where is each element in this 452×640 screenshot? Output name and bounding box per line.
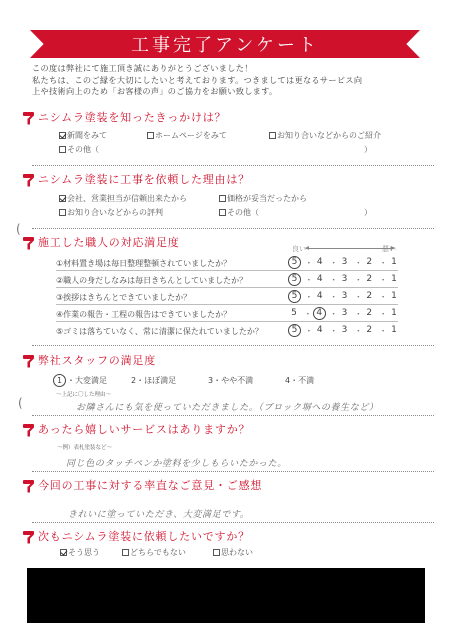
rating-3[interactable]: 3 — [339, 290, 351, 302]
rating-1[interactable]: 1 — [388, 307, 400, 319]
paint-roller-icon — [22, 235, 35, 249]
handwritten-answer[interactable]: きれいに塗っていただき、大変満足です。 — [68, 507, 249, 520]
rating-row: ⑤ゴミは落ちていなく、常に清潔に保たれていましたか？ 5・ 4・ 3・ 2・ 1 — [56, 323, 398, 338]
section-staff-satisfaction: 弊社スタッフの満足度 — [22, 352, 434, 368]
separator: ・ — [304, 290, 310, 303]
rating-1[interactable]: 1 — [388, 290, 400, 302]
option-label: ・大変満足 — [67, 376, 107, 385]
handwritten-answer[interactable]: お隣さんにも気を使っていただきました。（ブロック塀への養生など） — [76, 400, 379, 413]
separator: ・ — [354, 290, 360, 303]
rating-4[interactable]: 4 — [314, 273, 326, 285]
separator: ・ — [304, 273, 310, 286]
other-close-paren: ） — [364, 207, 372, 218]
separator: ・ — [303, 307, 309, 320]
rating-question: ④作業の報告・工程の報告はできていましたか？ — [56, 309, 231, 320]
separator: ・ — [329, 290, 335, 303]
answer-line — [32, 522, 434, 523]
section-repeat-request: 次もニシムラ塗装に依頼したいですか？ — [22, 528, 434, 544]
option-very-satisfied[interactable]: 1・大変満足 — [53, 374, 107, 387]
repeat-options: そう思う どちらでもない 思わない — [60, 547, 360, 559]
rating-2[interactable]: 2 — [363, 256, 375, 268]
section-title: 弊社スタッフの満足度 — [38, 352, 156, 368]
section-title: ニシムラ塗装を知ったきっかけは？ — [38, 109, 226, 125]
paint-roller-icon — [22, 529, 35, 543]
separator: ・ — [329, 273, 335, 286]
option-label: その他（ — [227, 208, 259, 217]
checkbox[interactable] — [59, 195, 66, 202]
option-somewhat-dissatisfied[interactable]: 3・やや不満 — [208, 375, 253, 386]
option-label: 価格が妥当だったから — [227, 194, 307, 203]
option-label: 新聞をみて — [67, 131, 107, 140]
rating-4[interactable]: 4 — [313, 307, 326, 320]
paint-roller-icon — [22, 478, 35, 492]
option-dissatisfied[interactable]: 4・不満 — [285, 375, 314, 386]
separator: ・ — [304, 324, 310, 337]
option-other[interactable]: その他（ — [59, 144, 99, 155]
paint-roller-icon — [22, 422, 35, 436]
paint-roller-icon — [22, 172, 35, 186]
rating-row: ②職人の身だしなみは毎日きちんとしていましたか？ 5・ 4・ 3・ 2・ 1 — [56, 272, 398, 288]
handwritten-answer[interactable]: 同じ色のタッチペンか塗料を少しもらいたかった。 — [66, 456, 287, 469]
rating-5[interactable]: 5 — [288, 256, 301, 269]
margin-mark: ( — [18, 396, 23, 410]
option-no[interactable]: 思わない — [213, 547, 253, 558]
checkbox[interactable] — [147, 132, 154, 139]
option-price[interactable]: 価格が妥当だったから — [219, 193, 307, 204]
rating-scale: 5・ 4・ 3・ 2・ 1 — [288, 307, 400, 320]
paint-roller-icon — [22, 353, 35, 367]
intro-line: 私たちは、このご縁を大切にしたいと考えております。つきましては更なるサービス向 — [32, 75, 427, 87]
rating-scale: 5・ 4・ 3・ 2・ 1 — [288, 273, 400, 286]
rating-scale: 5・ 4・ 3・ 2・ 1 — [288, 256, 400, 269]
separator: ・ — [304, 256, 310, 269]
separator: ・ — [329, 324, 335, 337]
checkbox[interactable] — [59, 146, 66, 153]
reason-options: 会社、営業担当が信頼出来たから 価格が妥当だったから お知り合いなどからの評判 … — [59, 193, 429, 217]
checkbox[interactable] — [219, 195, 226, 202]
option-newspaper[interactable]: 新聞をみて — [59, 130, 107, 141]
how-found-options: 新聞をみて ホームページをみて お知り合いなどからのご紹介 その他（ ） — [59, 130, 429, 154]
rating-5[interactable]: 5 — [288, 273, 301, 286]
option-label: その他（ — [67, 145, 99, 154]
rating-3[interactable]: 3 — [339, 273, 351, 285]
rating-1[interactable]: 1 — [388, 324, 400, 336]
separator: ・ — [379, 307, 385, 320]
separator: ・ — [379, 273, 385, 286]
option-yes[interactable]: そう思う — [60, 547, 100, 558]
section-title: ニシムラ塗装に工事を依頼した理由は？ — [38, 171, 250, 187]
title-banner: 工事完了アンケート — [30, 30, 420, 58]
separator: ・ — [379, 256, 385, 269]
rating-4[interactable]: 4 — [314, 324, 326, 336]
option-label: お知り合いなどからのご紹介 — [277, 131, 381, 140]
rating-row: ④作業の報告・工程の報告はできていましたか？ 5・ 4・ 3・ 2・ 1 — [56, 306, 398, 322]
rating-5[interactable]: 5 — [288, 324, 301, 337]
scale-good-label: 良い — [292, 244, 306, 254]
divider — [32, 345, 434, 346]
option-label: ・ほぼ満足 — [136, 376, 176, 385]
option-other[interactable]: その他（ — [219, 207, 259, 218]
rating-question: ①材料置き場は毎日整理整頓されていましたか？ — [56, 258, 231, 269]
checkbox[interactable] — [60, 549, 67, 556]
option-reputation[interactable]: お知り合いなどからの評判 — [59, 207, 163, 218]
option-neutral[interactable]: どちらでもない — [122, 547, 186, 558]
option-label: 会社、営業担当が信頼出来たから — [67, 194, 187, 203]
staff-options: 1・大変満足 2・ほぼ満足 3・やや不満 4・不満 — [53, 374, 413, 388]
rating-row: ③挨拶はきちんとできていましたか？ 5・ 4・ 3・ 2・ 1 — [56, 289, 398, 305]
checkbox[interactable] — [269, 132, 276, 139]
rating-5[interactable]: 5 — [288, 290, 301, 303]
option-number: 1 — [53, 374, 66, 387]
redacted-block — [27, 568, 425, 623]
checkbox[interactable] — [59, 209, 66, 216]
section-title: 次もニシムラ塗装に依頼したいですか？ — [38, 528, 250, 544]
checkbox[interactable] — [219, 209, 226, 216]
separator: ・ — [354, 273, 360, 286]
rating-3[interactable]: 3 — [339, 307, 351, 319]
option-label: どちらでもない — [130, 548, 186, 557]
intro-text: この度は弊社にて施工頂き誠にありがとうございました！ 私たちは、このご縁を大切に… — [32, 63, 427, 98]
separator: ・ — [354, 256, 360, 269]
option-trust[interactable]: 会社、営業担当が信頼出来たから — [59, 193, 187, 204]
option-label: ・やや不満 — [213, 376, 253, 385]
margin-mark: ( — [16, 222, 21, 236]
rating-row: ①材料置き場は毎日整理整頓されていましたか？ 5・ 4・ 3・ 2・ 1 — [56, 255, 398, 271]
reason-note: 〜上記に〇した理由〜 — [56, 390, 111, 398]
section-desired-services: あったら嬉しいサービスはありますか？ — [22, 421, 434, 437]
rating-scale: 5・ 4・ 3・ 2・ 1 — [288, 324, 400, 337]
rating-question: ②職人の身だしなみは毎日きちんとしていましたか？ — [56, 275, 247, 286]
section-title: あったら嬉しいサービスはありますか？ — [38, 421, 250, 437]
rating-question: ③挨拶はきちんとできていましたか？ — [56, 292, 191, 303]
separator: ・ — [329, 307, 335, 320]
paint-roller-icon — [22, 110, 35, 124]
double-arrow-icon — [306, 248, 394, 249]
rating-question: ⑤ゴミは落ちていなく、常に清潔に保たれていましたか？ — [56, 326, 263, 337]
separator: ・ — [354, 324, 360, 337]
rating-4[interactable]: 4 — [314, 290, 326, 302]
section-how-found: ニシムラ塗装を知ったきっかけは？ — [22, 109, 434, 125]
section-title: 今回の工事に対する率直なご意見・ご感想 — [38, 477, 262, 493]
survey-page: 工事完了アンケート この度は弊社にて施工頂き誠にありがとうございました！ 私たち… — [0, 0, 452, 640]
rating-1[interactable]: 1 — [388, 256, 400, 268]
rating-2[interactable]: 2 — [363, 273, 375, 285]
rating-3[interactable]: 3 — [339, 324, 351, 336]
intro-line: 上や技術向上のため「お客様の声」のご協力をお願い致します。 — [32, 86, 427, 98]
separator: ・ — [379, 324, 385, 337]
rating-scale: 5・ 4・ 3・ 2・ 1 — [288, 290, 400, 303]
section-reason: ニシムラ塗装に工事を依頼した理由は？ — [22, 171, 434, 187]
rating-3[interactable]: 3 — [339, 256, 351, 268]
section-title: 施工した職人の対応満足度 — [38, 234, 180, 250]
rating-1[interactable]: 1 — [388, 273, 400, 285]
option-label: お知り合いなどからの評判 — [67, 208, 163, 217]
rating-2[interactable]: 2 — [363, 290, 375, 302]
divider — [32, 165, 434, 166]
checkbox[interactable] — [213, 549, 220, 556]
other-close-paren: ） — [364, 144, 372, 155]
separator: ・ — [379, 290, 385, 303]
rating-2[interactable]: 2 — [363, 307, 375, 319]
option-homepage[interactable]: ホームページをみて — [147, 130, 227, 141]
example-note: 〜例）表札塗装など〜 — [57, 443, 112, 451]
rating-2[interactable]: 2 — [363, 324, 375, 336]
answer-line — [32, 415, 434, 416]
rating-5[interactable]: 5 — [288, 307, 300, 319]
divider — [32, 228, 434, 229]
checkbox[interactable] — [122, 549, 129, 556]
intro-line: この度は弊社にて施工頂き誠にありがとうございました！ — [32, 63, 427, 75]
option-referral[interactable]: お知り合いなどからのご紹介 — [269, 130, 381, 141]
option-label: 思わない — [221, 548, 253, 557]
checkbox[interactable] — [59, 132, 66, 139]
separator: ・ — [354, 307, 360, 320]
option-label: ホームページをみて — [155, 131, 227, 140]
option-mostly-satisfied[interactable]: 2・ほぼ満足 — [131, 375, 176, 386]
option-label: そう思う — [68, 548, 100, 557]
rating-4[interactable]: 4 — [314, 256, 326, 268]
page-title: 工事完了アンケート — [131, 31, 319, 57]
separator: ・ — [329, 256, 335, 269]
option-label: ・不満 — [290, 376, 314, 385]
section-feedback: 今回の工事に対する率直なご意見・ご感想 — [22, 477, 434, 493]
answer-line — [32, 471, 434, 472]
scale-bad-label: 悪い — [382, 244, 396, 254]
